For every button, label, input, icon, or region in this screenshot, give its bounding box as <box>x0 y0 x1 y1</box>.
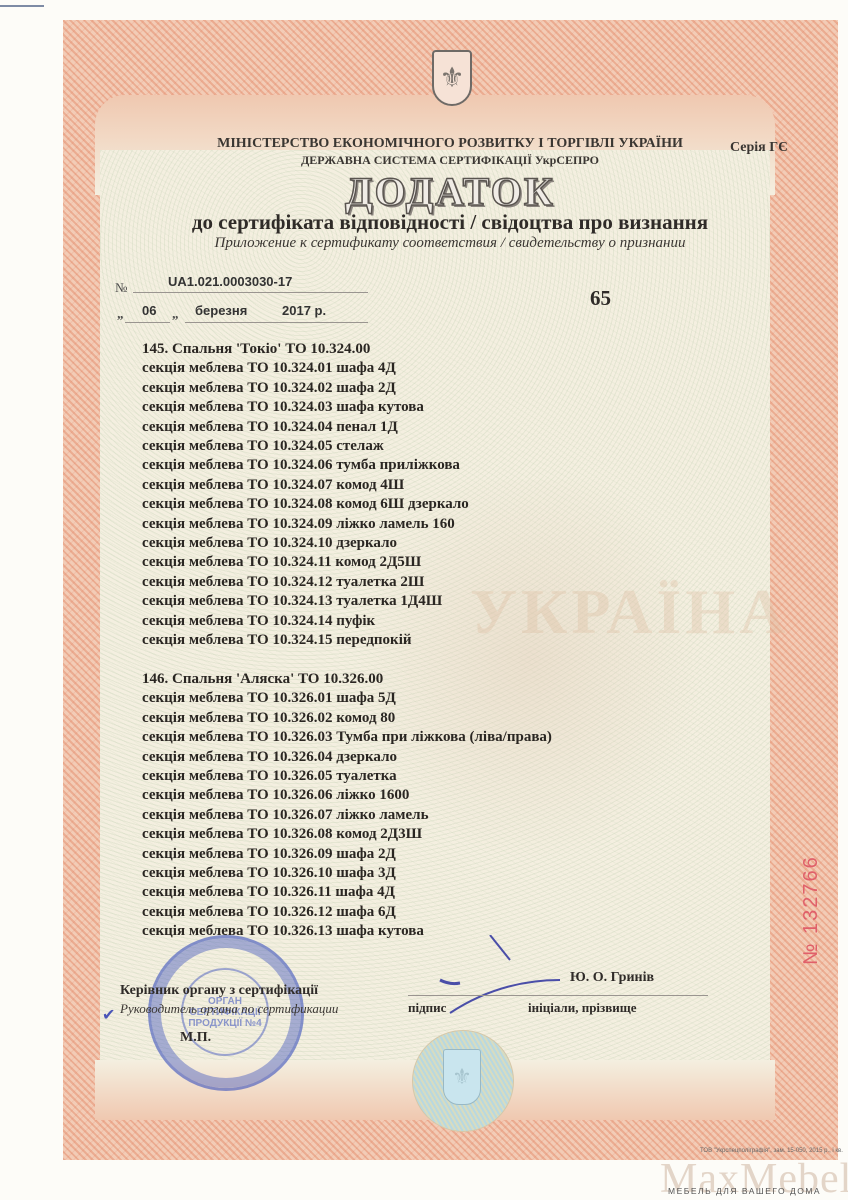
list-item: секція меблева ТО 10.324.11 комод 2Д5Ш <box>142 553 552 572</box>
document-subtitle: до сертифіката відповідності / свідоцтва… <box>140 210 760 235</box>
list-item: секція меблева ТО 10.326.04 дзеркало <box>142 748 552 767</box>
trident-hologram-icon: ⚜ <box>443 1049 481 1105</box>
list-item: секція меблева ТО 10.324.12 туалетка 2Ш <box>142 573 552 592</box>
list-item: секція меблева ТО 10.324.10 дзеркало <box>142 534 552 553</box>
list-item: секція меблева ТО 10.326.07 ліжко ламель <box>142 806 552 825</box>
product-group-heading: 146. Спальня 'Аляска' ТО 10.326.00 <box>142 670 552 689</box>
list-item: секція меблева ТО 10.324.08 комод 6Ш дзе… <box>142 495 552 514</box>
list-item: секція меблева ТО 10.324.09 ліжко ламель… <box>142 515 552 534</box>
list-item: секція меблева ТО 10.324.01 шафа 4Д <box>142 359 552 378</box>
list-item: секція меблева ТО 10.326.08 комод 2Д3Ш <box>142 825 552 844</box>
list-item: секція меблева ТО 10.324.15 передпокій <box>142 631 552 650</box>
trident-crest-icon: ⚜ <box>432 50 472 106</box>
signature-line <box>408 995 708 996</box>
ministry-name: МІНІСТЕРСТВО ЕКОНОМІЧНОГО РОЗВИТКУ І ТОР… <box>200 135 700 152</box>
list-item: секція меблева ТО 10.326.05 туалетка <box>142 767 552 786</box>
list-item: секція меблева ТО 10.324.03 шафа кутова <box>142 398 552 417</box>
checkmark-icon: ✔ <box>102 1005 115 1025</box>
brand-tagline: МЕБЕЛЬ ДЛЯ ВАШЕГО ДОМА <box>668 1186 821 1196</box>
list-item: секція меблева ТО 10.326.03 Тумба при лі… <box>142 728 552 747</box>
page-number: 65 <box>590 286 611 311</box>
list-item: секція меблева ТО 10.326.09 шафа 2Д <box>142 845 552 864</box>
head-of-body-label: Керівник органу з сертифікації <box>120 983 318 999</box>
day-underline <box>125 322 170 323</box>
list-item: секція меблева ТО 10.324.07 комод 4Ш <box>142 476 552 495</box>
document-subtitle-ru: Приложение к сертификату соответствия / … <box>140 235 760 252</box>
list-item: секція меблева ТО 10.326.11 шафа 4Д <box>142 883 552 902</box>
hologram-seal: ⚜ <box>412 1030 514 1132</box>
list-spacer <box>142 651 552 670</box>
list-item: секція меблева ТО 10.324.02 шафа 2Д <box>142 379 552 398</box>
scan-edge-line <box>0 5 44 7</box>
certification-system: ДЕРЖАВНА СИСТЕМА СЕРТИФІКАЦІЇ УкрСЕПРО <box>200 152 700 169</box>
number-underline <box>133 292 368 293</box>
certificate-number: UA1.021.0003030-17 <box>168 274 292 289</box>
list-item: секція меблева ТО 10.326.12 шафа 6Д <box>142 903 552 922</box>
initials-caption: ініціали, прізвище <box>528 1000 637 1016</box>
signature-caption: підпис <box>408 1000 446 1016</box>
date-year: 2017 р. <box>282 303 326 318</box>
date-month: березня <box>195 303 247 318</box>
list-item: секція меблева ТО 10.324.14 пуфік <box>142 612 552 631</box>
issuer-header: МІНІСТЕРСТВО ЕКОНОМІЧНОГО РОЗВИТКУ І ТОР… <box>200 135 700 169</box>
list-item: секція меблева ТО 10.326.10 шафа 3Д <box>142 864 552 883</box>
month-underline <box>185 322 368 323</box>
date-day: 06 <box>142 303 156 318</box>
list-item: секція меблева ТО 10.324.04 пенал 1Д <box>142 418 552 437</box>
document-title: ДОДАТОК <box>200 168 700 215</box>
series-label: Серія ГЄ <box>730 140 788 156</box>
list-item: секція меблева ТО 10.326.06 ліжко 1600 <box>142 786 552 805</box>
stamp-place-label: М.П. <box>180 1030 211 1046</box>
printer-note: ТОВ "Укрспецполіграфія", зам. 15-050, 20… <box>700 1148 843 1154</box>
list-item: секція меблева ТО 10.324.05 стелаж <box>142 437 552 456</box>
signatory-name: Ю. О. Гринів <box>570 970 654 986</box>
serial-number: № 132766 <box>800 855 823 965</box>
quote-open: „ <box>117 306 124 322</box>
product-group-heading: 145. Спальня 'Токіо' ТО 10.324.00 <box>142 340 552 359</box>
list-item: секція меблева ТО 10.324.06 тумба приліж… <box>142 456 552 475</box>
number-label: № <box>115 280 127 296</box>
quote-close: „ <box>172 306 179 322</box>
list-item: секція меблева ТО 10.326.02 комод 80 <box>142 709 552 728</box>
list-item: секція меблева ТО 10.324.13 туалетка 1Д4… <box>142 592 552 611</box>
list-item: секція меблева ТО 10.326.01 шафа 5Д <box>142 689 552 708</box>
product-list: 145. Спальня 'Токіо' ТО 10.324.00секція … <box>142 340 552 942</box>
head-of-body-label-ru: Руководитель органа по сертификации <box>120 1001 338 1017</box>
